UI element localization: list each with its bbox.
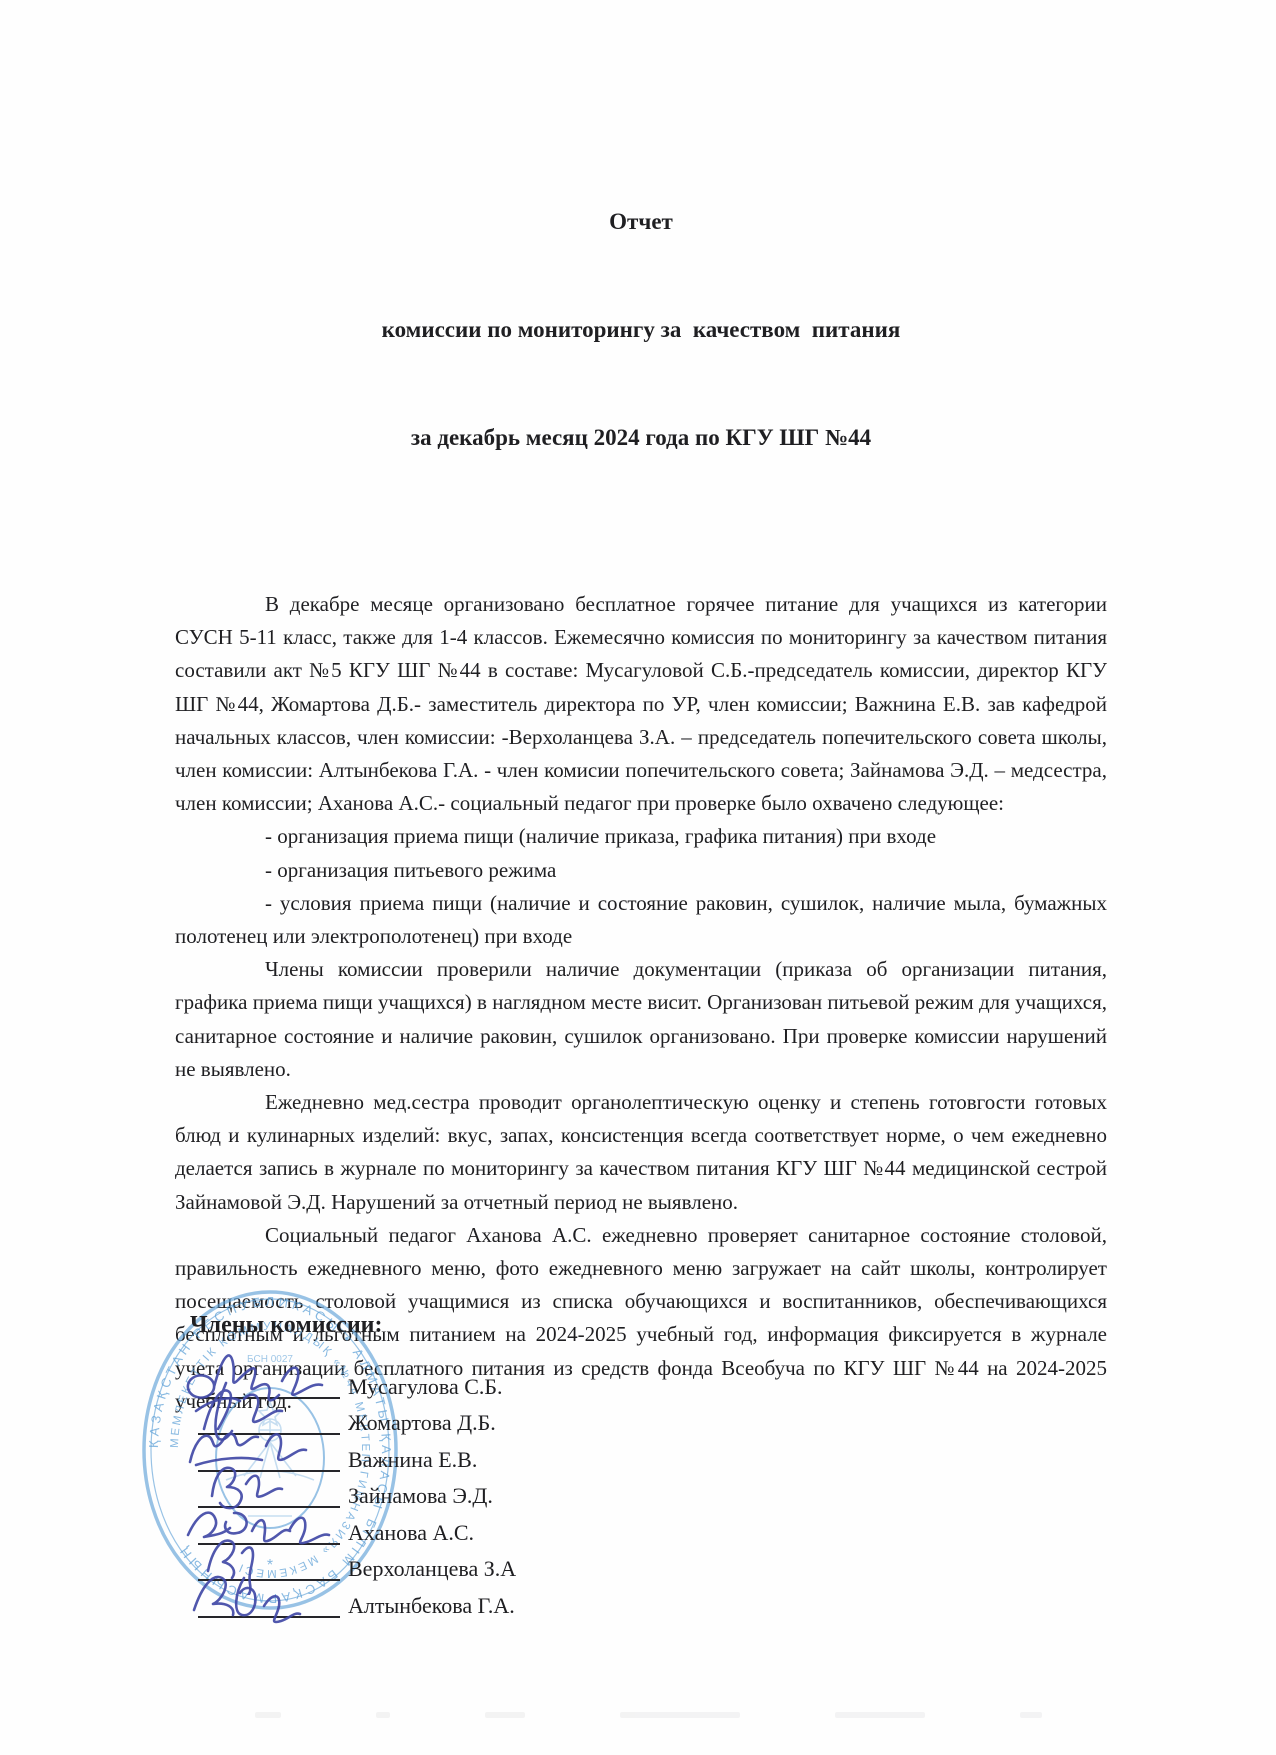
member-name: Жомартова Д.Б. xyxy=(348,1412,496,1435)
member-name: Верхоланцева З.А xyxy=(348,1558,516,1581)
checklist-item-3: - условия приема пищи (наличие и состоян… xyxy=(175,887,1107,953)
scan-artifacts xyxy=(255,1712,1085,1720)
signature-row-3: Важнина Е.В. xyxy=(198,1435,516,1472)
signature-row-4: Зайнамова Э.Д. xyxy=(198,1472,516,1509)
signature-row-1: Мусагулова С.Б. xyxy=(198,1362,516,1399)
signature-row-7: Алтынбекова Г.А. xyxy=(198,1581,516,1618)
member-name: Алтынбекова Г.А. xyxy=(348,1595,515,1618)
report-title-line-2: комиссии по мониторингу за качеством пит… xyxy=(175,312,1107,348)
paragraph-nurse: Ежедневно мед.сестра проводит органолепт… xyxy=(175,1086,1107,1219)
signature-line xyxy=(198,1616,340,1618)
member-name: Мусагулова С.Б. xyxy=(348,1376,503,1399)
report-title-line-3: за декабрь месяц 2024 года по КГУ ШГ №44 xyxy=(175,420,1107,456)
checklist-item-2: - организация питьевого режима xyxy=(175,854,1107,887)
signature-row-2: Жомартова Д.Б. xyxy=(198,1399,516,1436)
member-name: Зайнамова Э.Д. xyxy=(348,1485,493,1508)
paragraph-intro: В декабре месяце организовано бесплатное… xyxy=(175,588,1107,820)
paragraph-documentation: Члены комиссии проверили наличие докумен… xyxy=(175,953,1107,1086)
checklist-item-1: - организация приема пищи (наличие прика… xyxy=(175,820,1107,853)
member-name: Аханова А.С. xyxy=(348,1522,474,1545)
signature-row-6: Верхоланцева З.А xyxy=(198,1545,516,1582)
report-title-line-1: Отчет xyxy=(175,204,1107,240)
scanned-report-page: Отчет комиссии по мониторингу за качеств… xyxy=(0,0,1276,1755)
member-name: Важнина Е.В. xyxy=(348,1449,477,1472)
report-title: Отчет комиссии по мониторингу за качеств… xyxy=(175,0,1107,528)
commission-members-heading: Члены комиссии: xyxy=(190,1312,382,1339)
signature-block: Мусагулова С.Б. Жомартова Д.Б. Важнина Е… xyxy=(198,1362,516,1618)
signature-row-5: Аханова А.С. xyxy=(198,1508,516,1545)
